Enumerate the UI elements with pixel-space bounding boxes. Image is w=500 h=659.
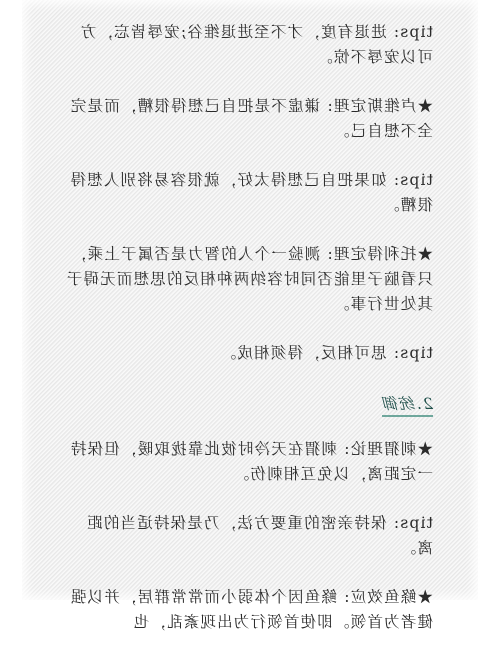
document-page: tips: 进退有度，才不至进退维谷;宠辱皆忘，方可以宠辱不惊。 ★卢维斯定理:… — [22, 0, 478, 600]
star-icon: ★ — [416, 245, 433, 263]
principle-paragraph: ★卢维斯定理: 谦虚不是把自己想得很糟，而是完全不想自己。 — [65, 94, 433, 144]
section-heading: 2.统御 — [382, 394, 433, 417]
principle-paragraph: ★鲦鱼效应: 鲦鱼因个体弱小而常常群居，并以强健者为首领。即使首领行为出现紊乱，… — [65, 585, 433, 600]
tip-text: 进退有度，才不至进退维谷;宠辱皆忘，方可以宠辱不惊。 — [80, 23, 433, 66]
tip-text: 思可相反，得须相成。 — [220, 344, 387, 362]
tip-paragraph: tips: 思可相反，得须相成。 — [65, 341, 433, 366]
tip-prefix: tips: — [393, 23, 433, 41]
tip-prefix: tips: — [393, 344, 433, 362]
tip-paragraph: tips: 进退有度，才不至进退维谷;宠辱皆忘，方可以宠辱不惊。 — [65, 20, 433, 70]
tip-text: 保持亲密的重要方法，乃是保持适当的距离。 — [86, 514, 433, 557]
tip-paragraph: tips: 保持亲密的重要方法，乃是保持适当的距离。 — [65, 511, 433, 561]
star-icon: ★ — [416, 97, 433, 115]
tip-paragraph: tips: 如果把自己想得太好，就很容易将别人想得很糟。 — [65, 168, 433, 218]
principle-paragraph: ★刺猬理论: 刺猬在天冷时彼此靠拢取暖，但保持一定距离，以免互相刺伤。 — [65, 437, 433, 487]
principle-title: 卢维斯定理: — [326, 97, 416, 115]
star-icon: ★ — [416, 440, 433, 458]
tip-prefix: tips: — [393, 171, 433, 189]
article-body: tips: 进退有度，才不至进退维谷;宠辱皆忘，方可以宠辱不惊。 ★卢维斯定理:… — [65, 20, 433, 600]
principle-title: 托利得定理: — [326, 245, 416, 263]
tip-prefix: tips: — [393, 514, 433, 532]
tip-text: 如果把自己想得太好，就很容易将别人想得很糟。 — [69, 171, 433, 214]
mirrored-content: tips: 进退有度，才不至进退维谷;宠辱皆忘，方可以宠辱不惊。 ★卢维斯定理:… — [22, 0, 478, 600]
star-icon: ★ — [416, 588, 433, 600]
principle-title: 鲦鱼效应: — [343, 588, 416, 600]
principle-title: 刺猬理论: — [343, 440, 416, 458]
principle-paragraph: ★托利得定理: 测验一个人的智力是否属于上乘，只看脑子里能否同时容纳两种相反的思… — [65, 242, 433, 317]
